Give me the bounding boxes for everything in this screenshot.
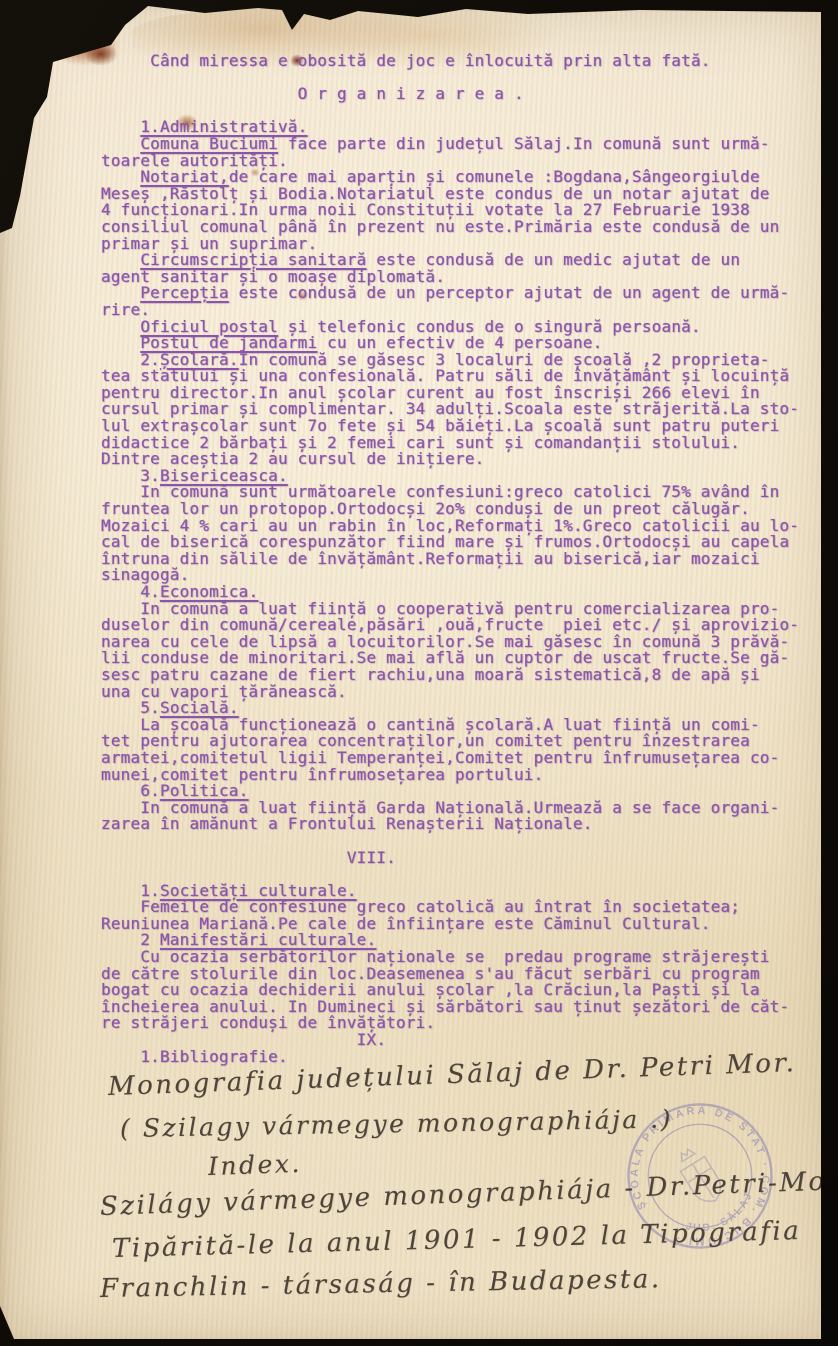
typed-text: Când miressa e obosită de joc e înlocuit… xyxy=(101,53,815,1065)
handwritten-line: ( Szilagy vármegye monographiája .) xyxy=(120,1104,673,1143)
handwritten-line: Franchlin - társaság - în Budapesta. xyxy=(100,1264,662,1304)
document-paper: ȘCOALA PRIMARĂ DE STAT · COM. BUCIUMI · … xyxy=(0,0,838,1346)
handwritten-line: Index. xyxy=(207,1149,302,1181)
photo-background: ȘCOALA PRIMARĂ DE STAT · COM. BUCIUMI · … xyxy=(0,0,838,1346)
typed-line: zarea în amănunt a Frontului Renașterii … xyxy=(101,816,815,833)
typed-line xyxy=(101,833,815,850)
typed-line: Percepția este condusă de un perceptor a… xyxy=(101,285,815,302)
typed-line: O r g a n i z a r e a . xyxy=(101,86,815,103)
typed-line: VIII. xyxy=(101,850,815,867)
typed-line: Când miressa e obosită de joc e înlocuit… xyxy=(101,53,815,70)
handwritten-line: Tipărită-le la anul 1901 - 1902 la Tipog… xyxy=(112,1216,802,1264)
typed-line: întruna din sălile de învățământ.Reforma… xyxy=(101,551,815,568)
